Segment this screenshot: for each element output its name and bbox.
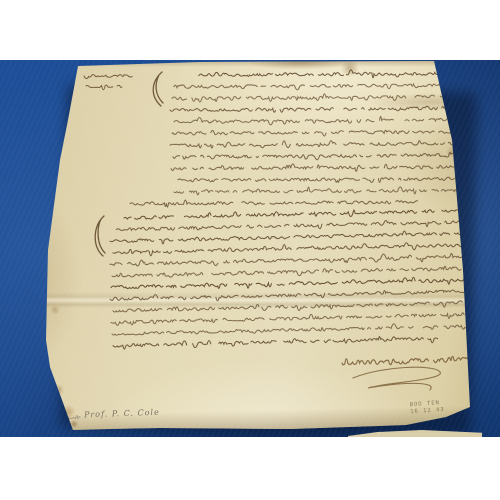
date-stamp-line1: BOO TEN [410,400,445,409]
pencil-annotation: Prof. P. C. Cole [84,408,160,420]
document-shadow [60,84,477,437]
fold-crease [0,292,500,308]
auction-photo: Prof. P. C. Cole BOO TEN 16 12 43 [0,60,500,437]
date-stamp: BOO TEN 16 12 43 [410,400,445,416]
handwriting [0,60,500,437]
folded-corner [0,60,500,437]
ink-stains [0,60,500,437]
second-document-edge [348,430,482,437]
date-stamp-line2: 16 12 43 [410,407,445,416]
manuscript-document: Prof. P. C. Cole BOO TEN 16 12 43 [0,60,500,437]
screenshot: Prof. P. C. Cole BOO TEN 16 12 43 [0,0,500,500]
bottom-edge-shading [60,405,472,434]
top-edge-grime [70,60,442,67]
